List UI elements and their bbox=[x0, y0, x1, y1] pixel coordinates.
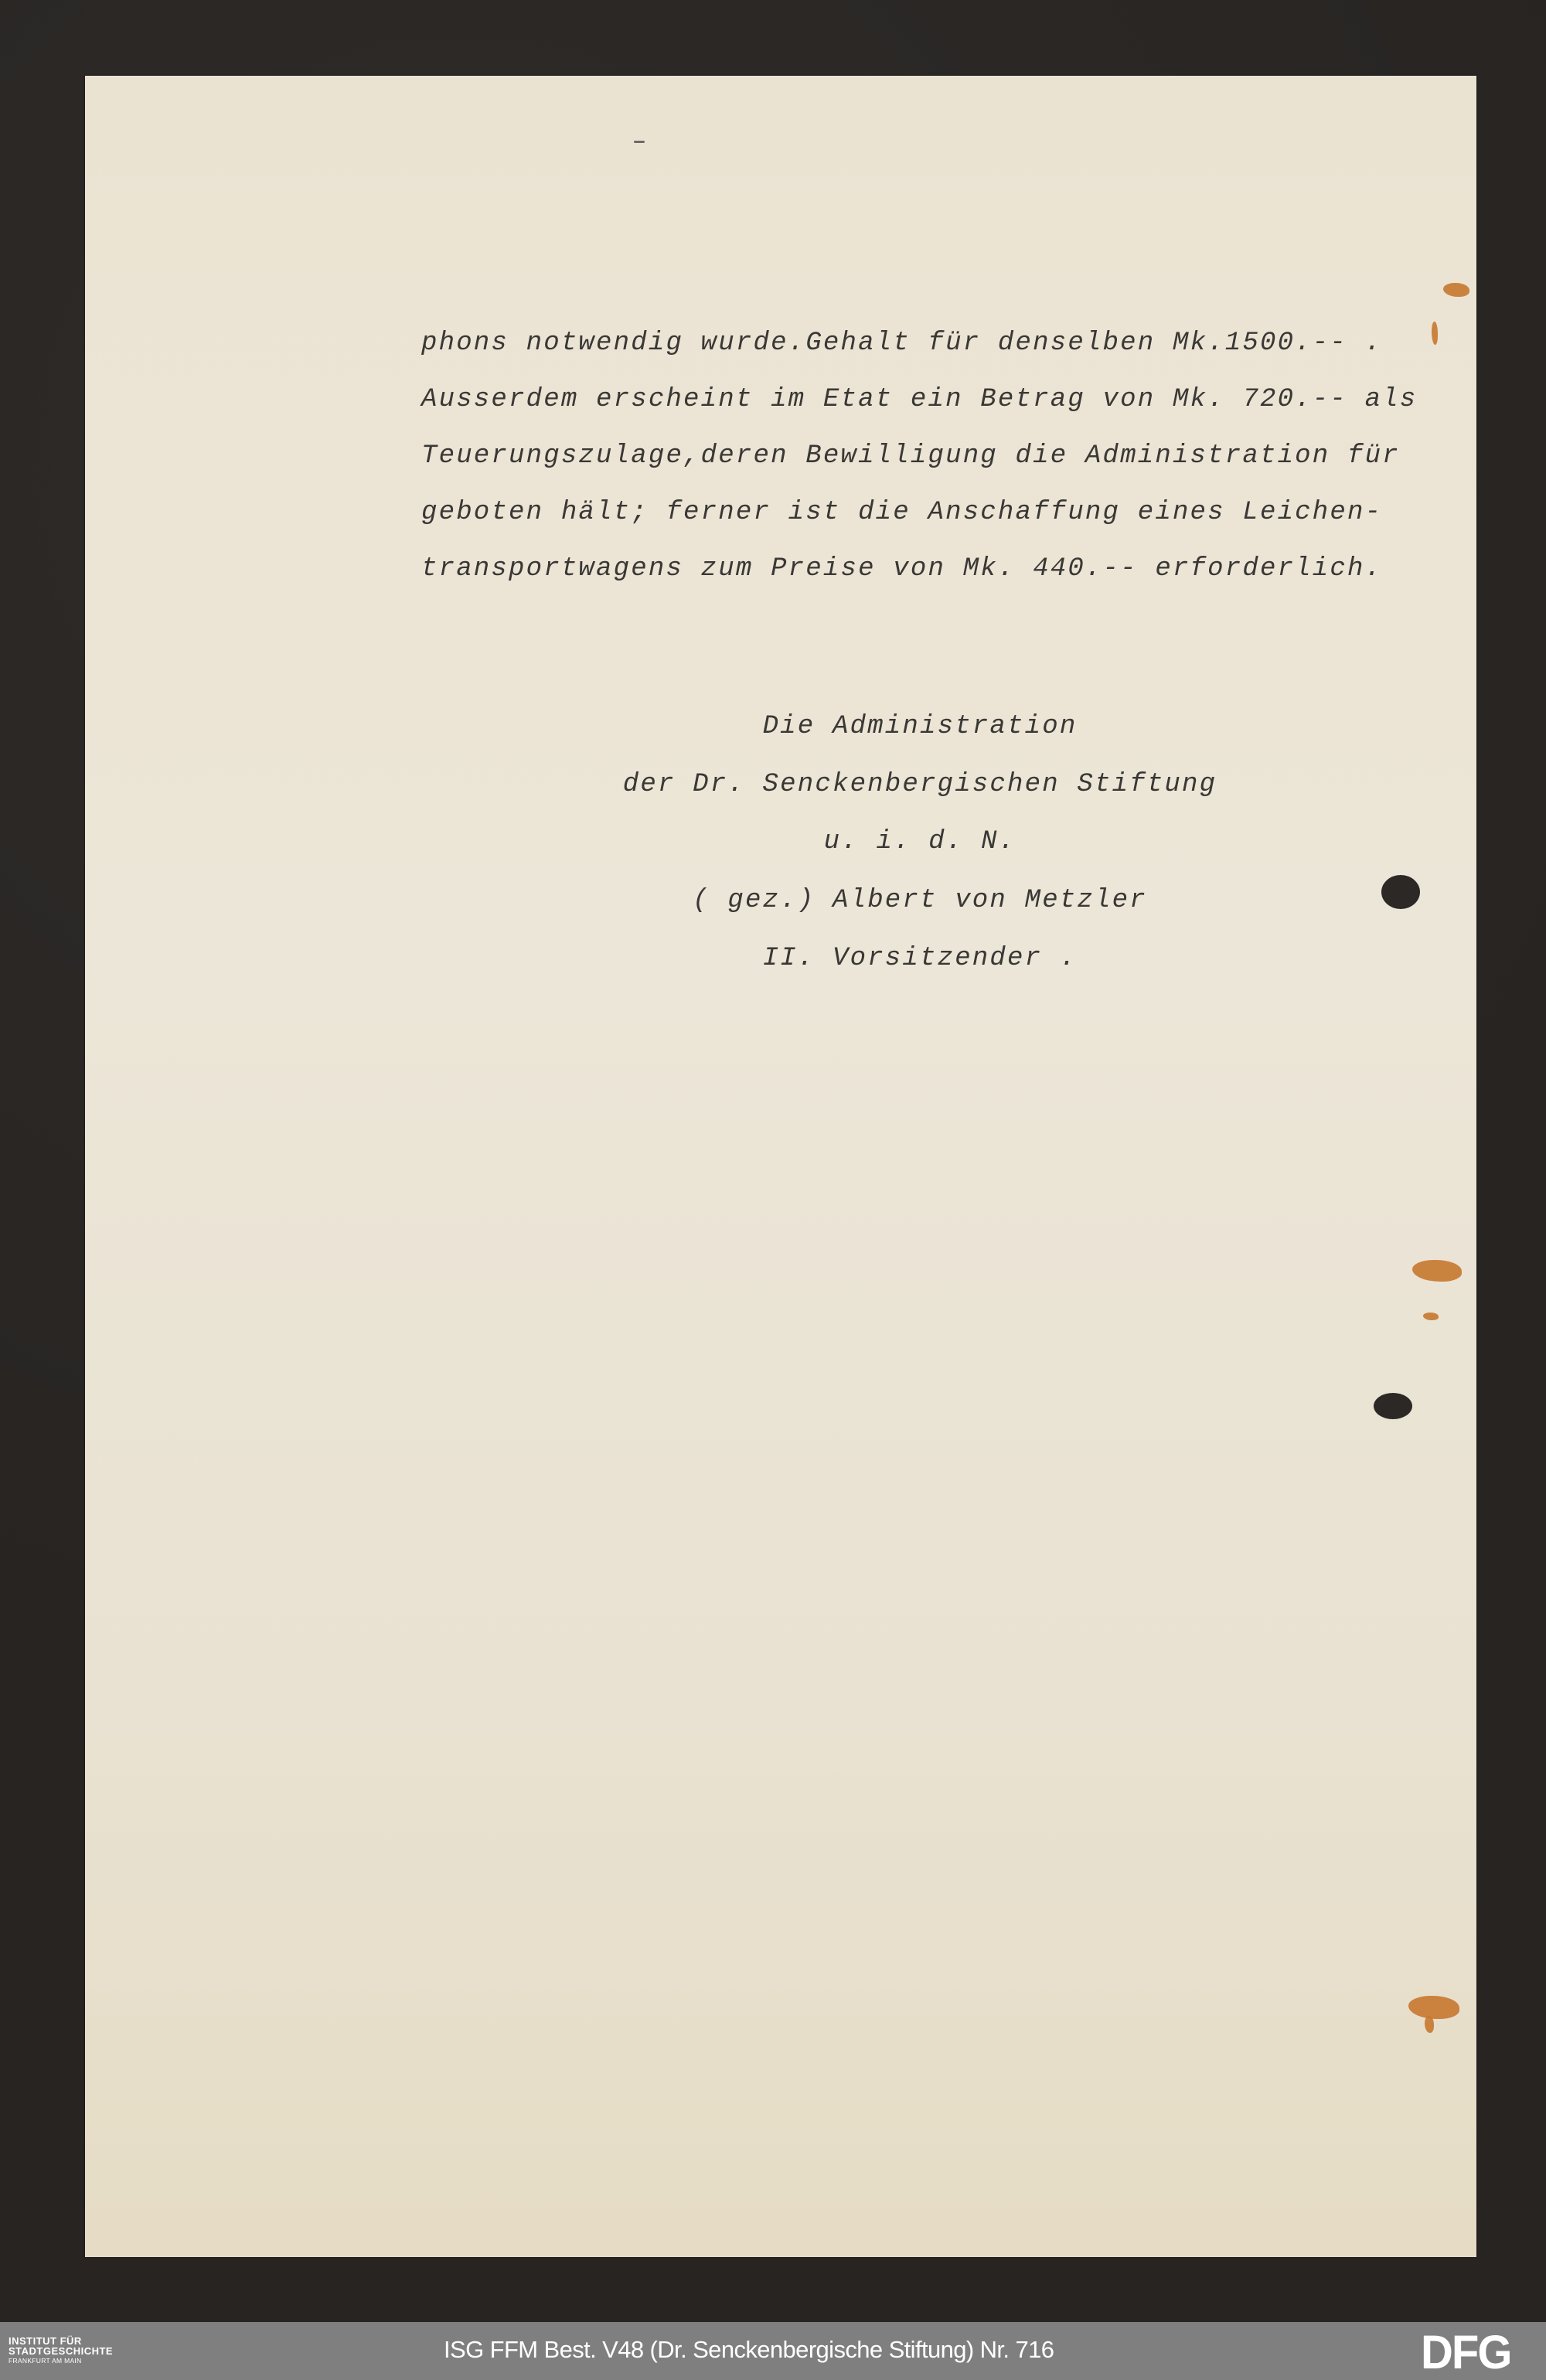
rust-stain bbox=[1443, 283, 1469, 297]
archive-footer: INSTITUT FÜR STADTGESCHICHTE FRANKFURT A… bbox=[0, 2322, 1546, 2380]
body-line-3: Teuerungszulage,deren Bewilligung die Ad… bbox=[421, 441, 1400, 471]
ink-speck bbox=[634, 141, 645, 143]
institute-name-line2: STADTGESCHICHTE bbox=[9, 2346, 113, 2356]
rust-stain bbox=[1432, 322, 1438, 345]
body-line-4: geboten hält; ferner ist die Anschaffung… bbox=[421, 498, 1382, 527]
rust-stain bbox=[1412, 1260, 1462, 1282]
institute-logo: INSTITUT FÜR STADTGESCHICHTE FRANKFURT A… bbox=[9, 2336, 113, 2366]
rust-stain bbox=[1423, 1313, 1439, 1320]
body-line-1: phons notwendig wurde.Gehalt für denselb… bbox=[421, 329, 1382, 358]
rust-stain bbox=[1425, 2016, 1434, 2033]
body-line-2: Ausserdem erscheint im Etat ein Betrag v… bbox=[421, 385, 1417, 414]
signature-name: ( gez.) Albert von Metzler bbox=[533, 886, 1306, 915]
punch-hole-upper bbox=[1381, 875, 1420, 909]
archive-caption: ISG FFM Best. V48 (Dr. Senckenbergische … bbox=[444, 2336, 1054, 2364]
dfg-logo: DFG bbox=[1421, 2332, 1537, 2375]
punch-hole-lower bbox=[1374, 1393, 1412, 1419]
rust-stain bbox=[1408, 1996, 1459, 2019]
institute-location: FRANKFURT AM MAIN bbox=[9, 2356, 113, 2366]
signature-organization: Die Administration bbox=[533, 712, 1306, 741]
signature-foundation: der Dr. Senckenbergischen Stiftung bbox=[533, 770, 1306, 799]
document-page: phons notwendig wurde.Gehalt für denselb… bbox=[85, 76, 1476, 2257]
signature-abbreviation: u. i. d. N. bbox=[533, 827, 1306, 856]
signature-title: II. Vorsitzender . bbox=[533, 944, 1306, 973]
body-line-5: transportwagens zum Preise von Mk. 440.-… bbox=[421, 554, 1382, 584]
